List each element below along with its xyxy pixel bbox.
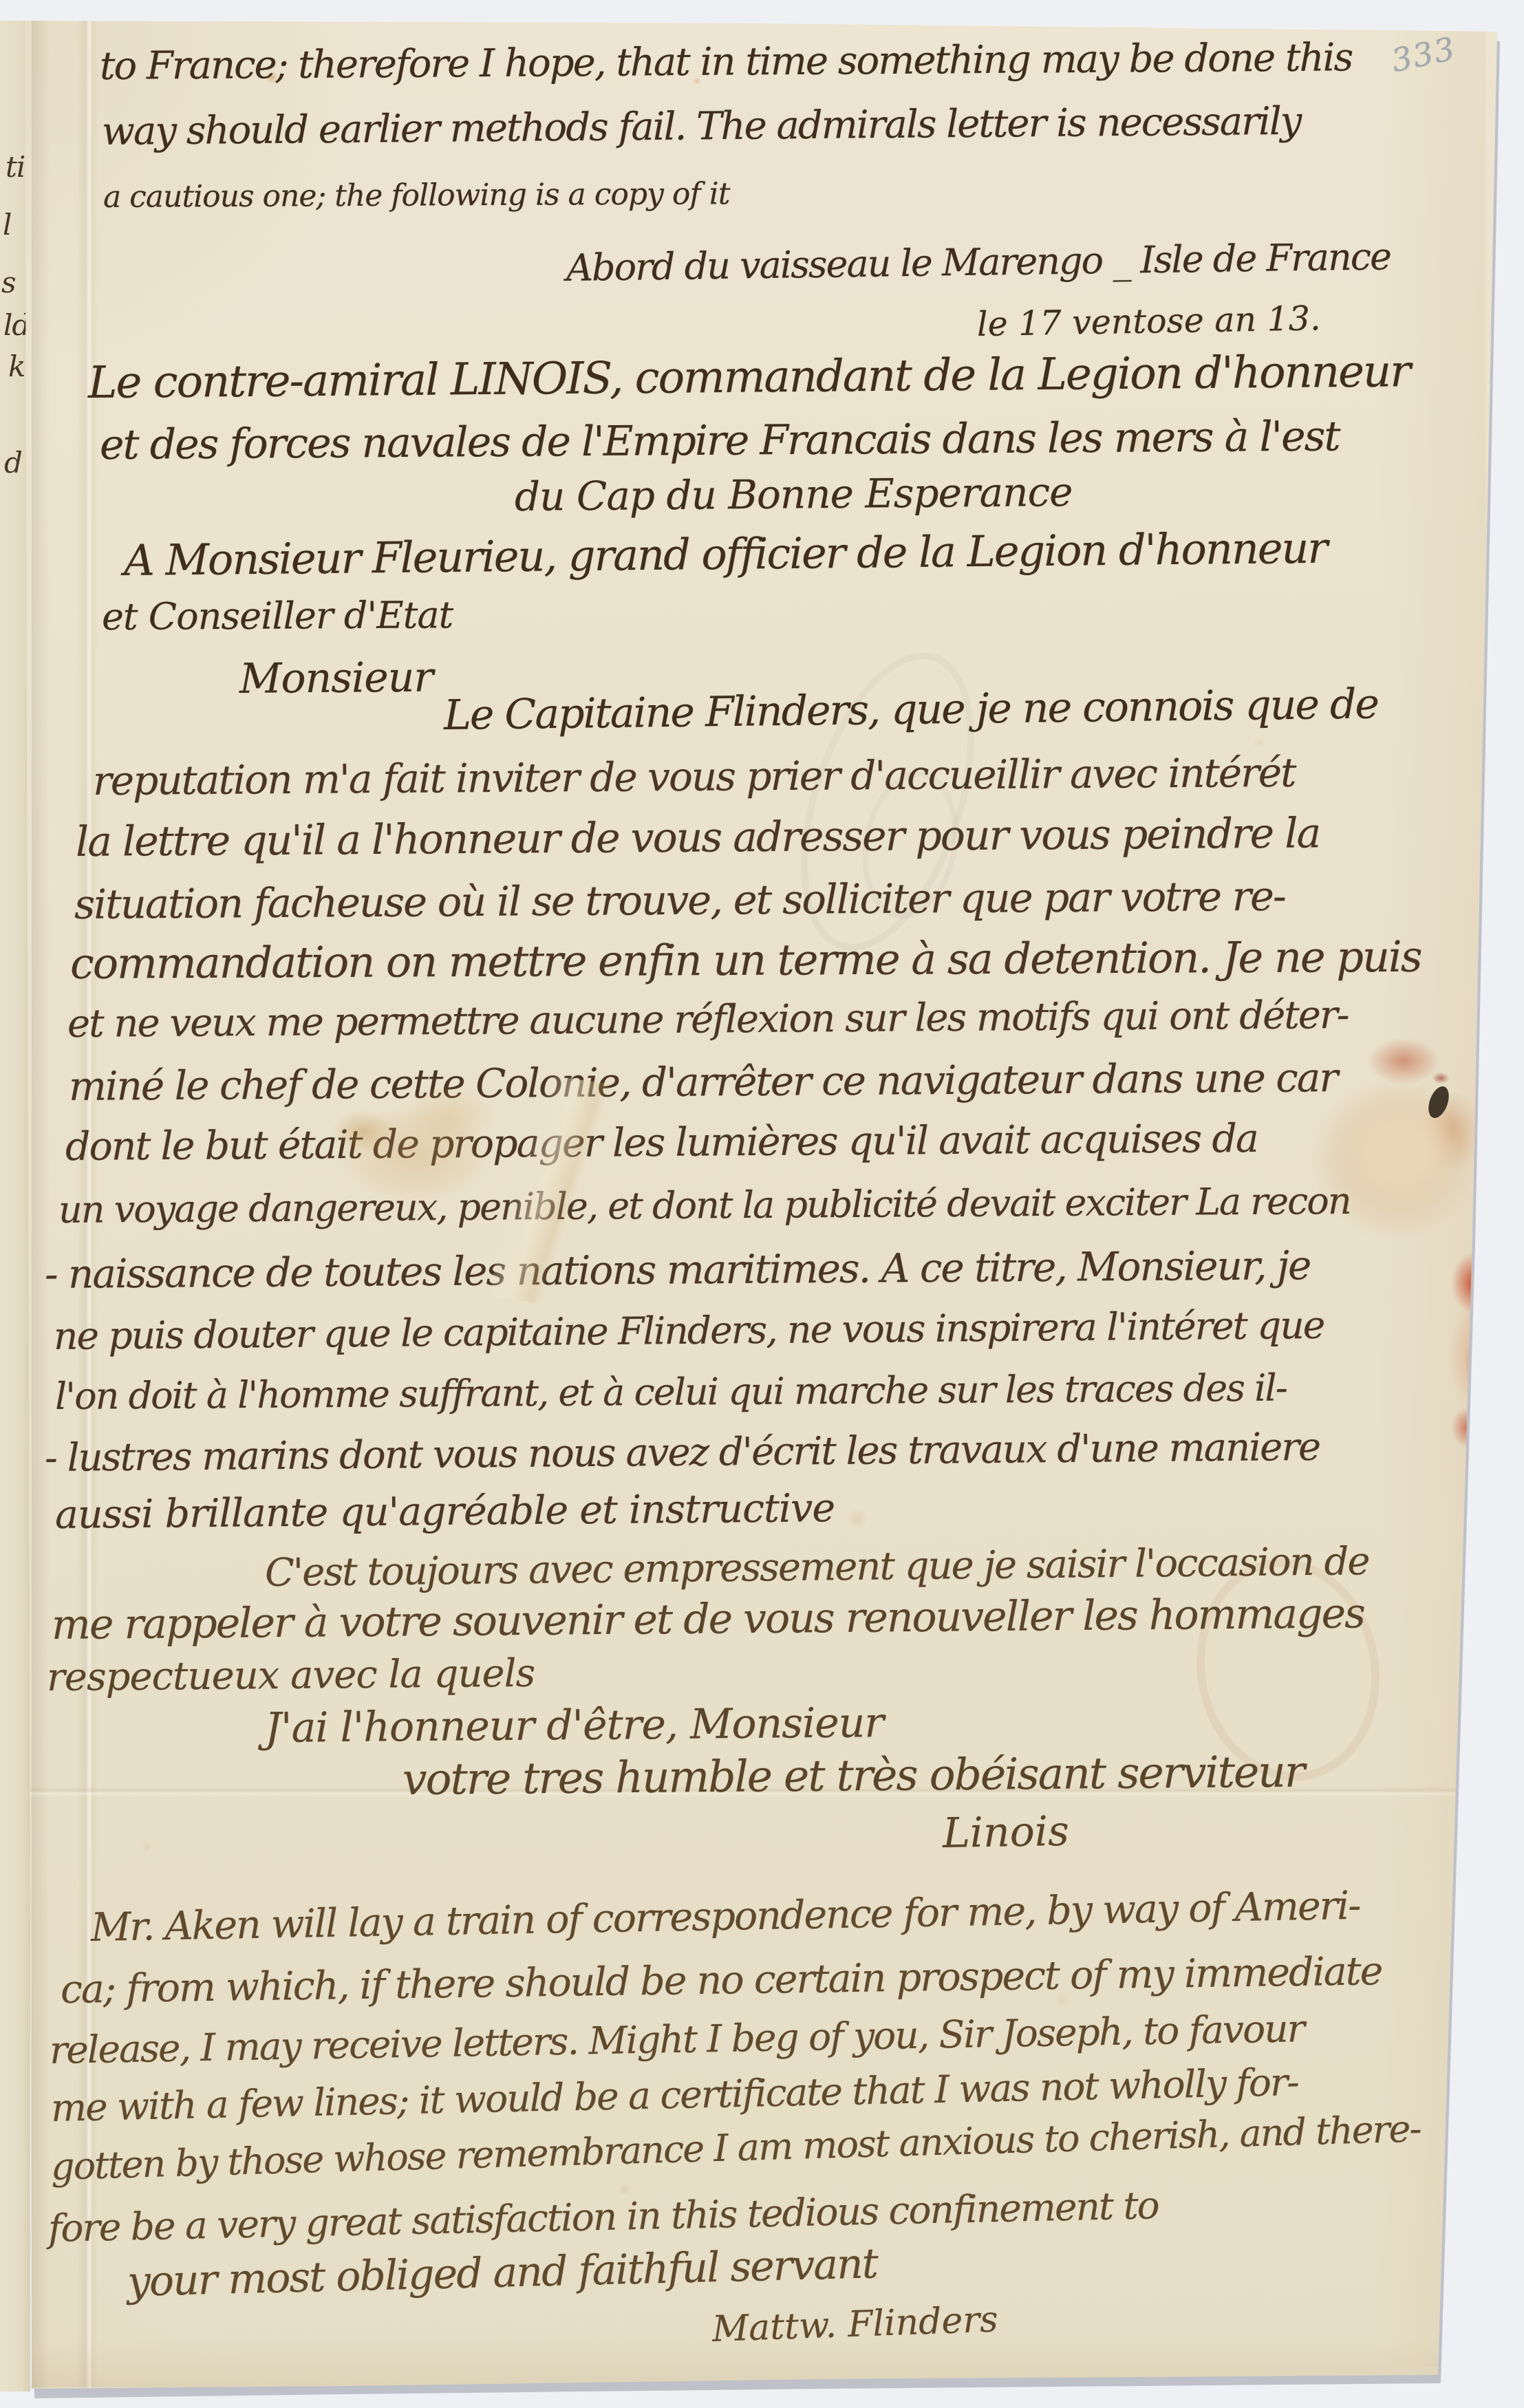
letter-signature-linois: Linois bbox=[942, 1807, 1069, 1858]
letter-line-29: J'ai l'honneur d'être, Monsieur bbox=[265, 1699, 884, 1752]
letter-line-28: respectueux avec la quels bbox=[47, 1651, 535, 1700]
letter-line-14: la lettre qu'il a l'honneur de vous adre… bbox=[76, 809, 1320, 866]
margin-stroke-fragment: l bbox=[3, 208, 11, 241]
letter-line-10: et Conseiller d'Etat bbox=[102, 593, 453, 638]
letter-line-23: l'on doit à l'homme suffrant, et à celui… bbox=[55, 1366, 1287, 1418]
margin-stroke-fragment: ti bbox=[6, 150, 25, 184]
letter-line-08: du Cap du Bonne Esperance bbox=[515, 469, 1073, 520]
letter-line-18: miné le chef de cette Colonie, d'arrêter… bbox=[69, 1054, 1338, 1110]
letter-sheet: to France; therefore I hope, that in tim… bbox=[0, 0, 1524, 2408]
red-wax-seal-remnant bbox=[1421, 1252, 1497, 1459]
letter-line-25: aussi brillante qu'agréable et instructi… bbox=[55, 1485, 835, 1538]
left-edge-shading bbox=[32, 21, 50, 2389]
manuscript-photo: ti l s ld k. d to France; therefore I ho… bbox=[0, 0, 1524, 2408]
burn-damage-stain bbox=[1269, 1035, 1476, 1249]
adjacent-page-edge: ti l s ld k. d bbox=[0, 21, 30, 2391]
letter-line-15: situation facheuse où il se trouve, et s… bbox=[74, 872, 1285, 928]
letter-line-20: un voyage dangereux, penible, et dont la… bbox=[58, 1179, 1351, 1232]
letter-line-05: le 17 ventose an 13. bbox=[977, 299, 1322, 344]
letter-line-19: dont le but était de propager les lumièr… bbox=[65, 1116, 1258, 1170]
letter-line-30: votre tres humble et très obéisant servi… bbox=[403, 1747, 1305, 1805]
letter-line-01: to France; therefore I hope, that in tim… bbox=[100, 35, 1353, 89]
letter-line-11: Monsieur bbox=[239, 654, 433, 703]
letter-line-07: et des forces navales de l'Empire Franca… bbox=[100, 412, 1340, 469]
letter-line-16: commandation on mettre enfin un terme à … bbox=[70, 932, 1421, 989]
margin-stroke-fragment: s bbox=[1, 266, 16, 299]
letter-line-17: et ne veux me permettre aucune réflexion… bbox=[67, 993, 1349, 1046]
letter-line-13: reputation m'a fait inviter de vous prie… bbox=[93, 749, 1296, 804]
letter-line-21: - naissance de toutes les nations mariti… bbox=[45, 1242, 1311, 1298]
letter-line-03: a cautious one; the following is a copy … bbox=[103, 176, 730, 215]
margin-stroke-fragment: d bbox=[4, 446, 22, 480]
